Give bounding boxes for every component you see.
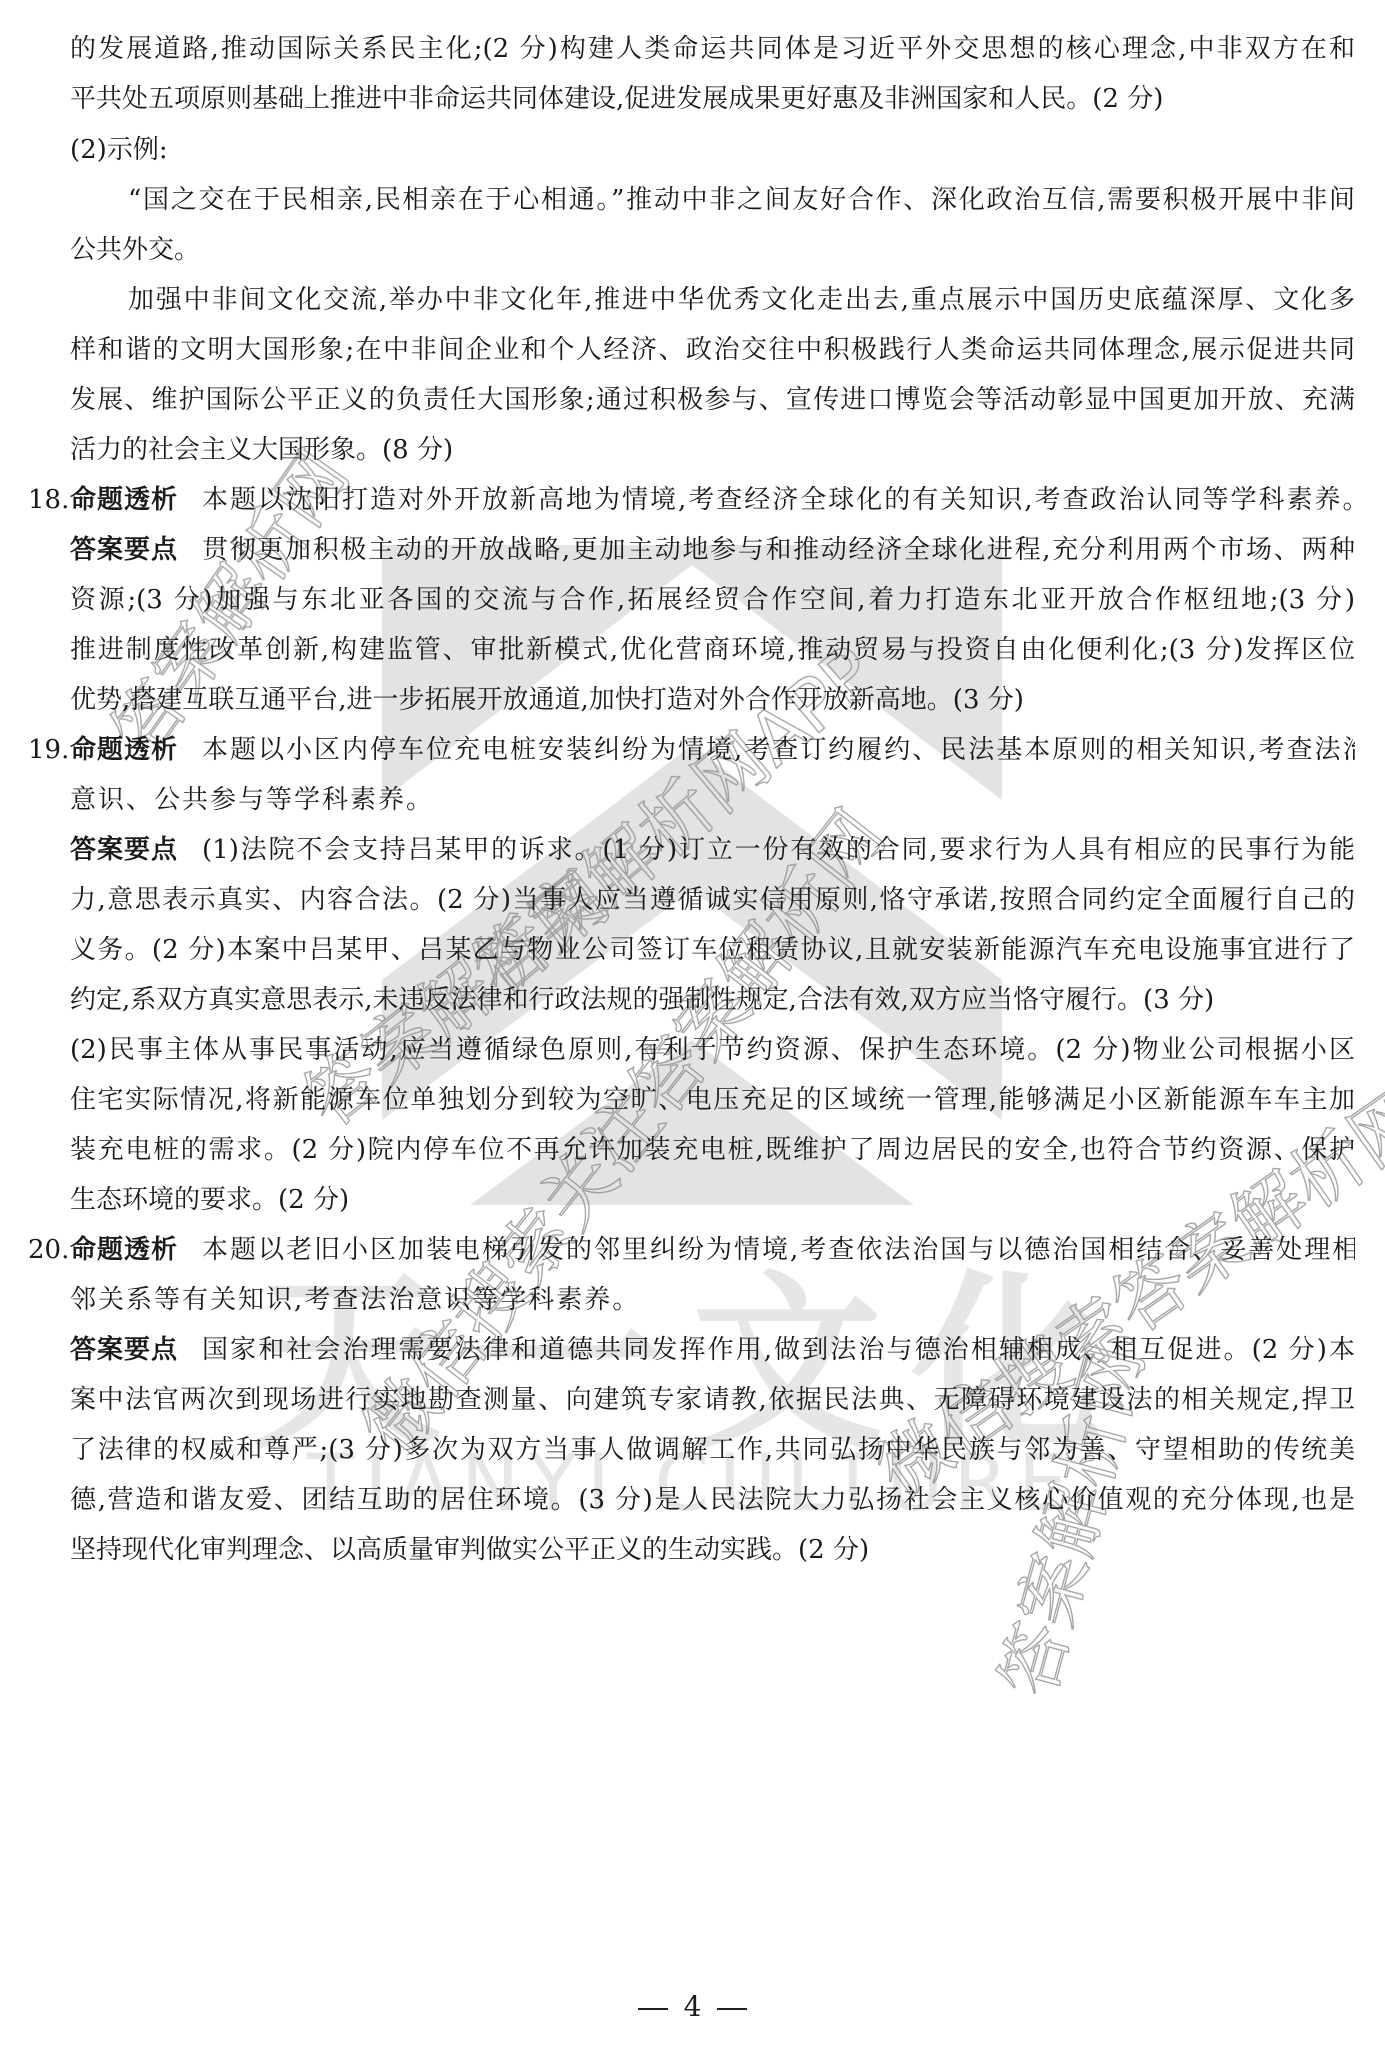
analysis-text: 本题以沈阳打造对外开放新高地为情境,考查经济全球化的有关知识,考查政治认同等学科… [202,485,1355,515]
answer-line: 优势,搭建互联互通平台,进一步拓展开放通道,加快打造对外合作开放新高地。(3 分… [70,683,1355,717]
analysis-line: 命题透析本题以沈阳打造对外开放新高地为情境,考查经济全球化的有关知识,考查政治认… [70,483,1355,517]
answer-line: 了法律的权威和尊严;(3 分)多次为双方当事人做调解工作,共同弘扬中华民族与邻为… [70,1433,1355,1467]
answer-line: 住宅实际情况,将新能源车位单独划分到较为空旷、电压充足的区域统一管理,能够满足小… [70,1083,1355,1117]
body-line: 加强中非间文化交流,举办中非文化年,推进中华优秀文化走出去,重点展示中国历史底蕴… [128,283,1355,317]
analysis-text: 本题以老旧小区加装电梯引发的邻里纠纷为情境,考查依法治国与以德治国相结合、妥善处… [202,1233,1355,1267]
answer-line: 答案要点贯彻更加积极主动的开放战略,更加主动地参与和推动经济全球化进程,充分利用… [70,533,1355,567]
answer-line: 生态环境的要求。(2 分) [70,1183,1355,1217]
analysis-label: 命题透析 [70,485,178,515]
analysis-line: 意识、公共参与等学科素养。 [70,783,1355,817]
analysis-line: 邻关系等有关知识,考查法治意识等学科素养。 [70,1283,1355,1317]
answer-label: 答案要点 [70,533,178,567]
body-line: “国之交在于民相亲,民相亲在于心相通。”推动中非之间友好合作、深化政治互信,需要… [128,183,1355,217]
subsection-heading: (2)示例: [70,133,1355,167]
answer-line: 坚持现代化审判理念、以高质量审判做实公平正义的生动实践。(2 分) [70,1533,1355,1567]
footer-dash-right [717,2008,747,2010]
answer-line: 答案要点国家和社会治理需要法律和道德共同发挥作用,做到法治与德治相辅相成、相互促… [70,1333,1355,1367]
answer-line: 约定,系双方真实意思表示,未违反法律和行政法规的强制性规定,合法有效,双方应当恪… [70,983,1355,1017]
body-line: 公共外交。 [70,233,1355,267]
question-number: 20. [28,1233,69,1267]
answer-line: 力,意思表示真实、内容合法。(2 分)当事人应当遵循诚实信用原则,恪守承诺,按照… [70,883,1355,917]
answer-label: 答案要点 [70,1333,178,1367]
answer-line: 德,营造和谐友爱、团结互助的居住环境。(3 分)是人民法院大力弘扬社会主义核心价… [70,1483,1355,1517]
page-number: 4 [684,1990,702,2023]
question-number: 19. [28,733,69,767]
answer-line: (2)民事主体从事民事活动,应当遵循绿色原则,有利于节约资源、保护生态环境。(2… [70,1033,1355,1067]
analysis-line: 命题透析本题以老旧小区加装电梯引发的邻里纠纷为情境,考查依法治国与以德治国相结合… [70,1233,1355,1267]
answer-line: 资源;(3 分)加强与东北亚各国的交流与合作,拓展经贸合作空间,着力打造东北亚开… [70,583,1355,617]
answer-line: 推进制度性改革创新,构建监管、审批新模式,优化营商环境,推动贸易与投资自由化便利… [70,633,1355,667]
analysis-label: 命题透析 [70,733,178,767]
page-footer: 4 [0,1990,1385,2024]
body-line: 平共处五项原则基础上推进中非命运共同体建设,促进发展成果更好惠及非洲国家和人民。… [70,82,1355,116]
analysis-line: 命题透析本题以小区内停车位充电桩安装纠纷为情境,考查订约履约、民法基本原则的相关… [70,733,1355,767]
body-line: 发展、维护国际公平正义的负责任大国形象;通过积极参与、宣传进口博览会等活动彰显中… [70,383,1355,417]
answer-text: 贯彻更加积极主动的开放战略,更加主动地参与和推动经济全球化进程,充分利用两个市场… [202,533,1355,567]
answer-line: 案中法官两次到现场进行实地勘查测量、向建筑专家请教,依据民法典、无障碍环境建设法… [70,1383,1355,1417]
body-line: 活力的社会主义大国形象。(8 分) [70,433,1355,467]
body-line: 样和谐的文明大国形象;在中非间企业和个人经济、政治交往中积极践行人类命运共同体理… [70,333,1355,367]
analysis-label: 命题透析 [70,1233,178,1267]
answer-line: 答案要点(1)法院不会支持吕某甲的诉求。(1 分)订立一份有效的合同,要求行为人… [70,833,1355,867]
question-number: 18. [28,483,69,517]
answer-text: (1)法院不会支持吕某甲的诉求。(1 分)订立一份有效的合同,要求行为人具有相应… [202,833,1355,867]
answer-line: 义务。(2 分)本案中吕某甲、吕某乙与物业公司签订车位租赁协议,且就安装新能源汽… [70,933,1355,967]
answer-line: 装充电桩的需求。(2 分)院内停车位不再允许加装充电桩,既维护了周边居民的安全,… [70,1133,1355,1167]
analysis-text: 本题以小区内停车位充电桩安装纠纷为情境,考查订约履约、民法基本原则的相关知识,考… [202,733,1355,767]
answer-label: 答案要点 [70,833,178,867]
answer-text: 国家和社会治理需要法律和道德共同发挥作用,做到法治与德治相辅相成、相互促进。(2… [202,1333,1355,1367]
body-line: 的发展道路,推动国际关系民主化;(2 分)构建人类命运共同体是习近平外交思想的核… [70,32,1355,66]
footer-dash-left [638,2008,668,2010]
